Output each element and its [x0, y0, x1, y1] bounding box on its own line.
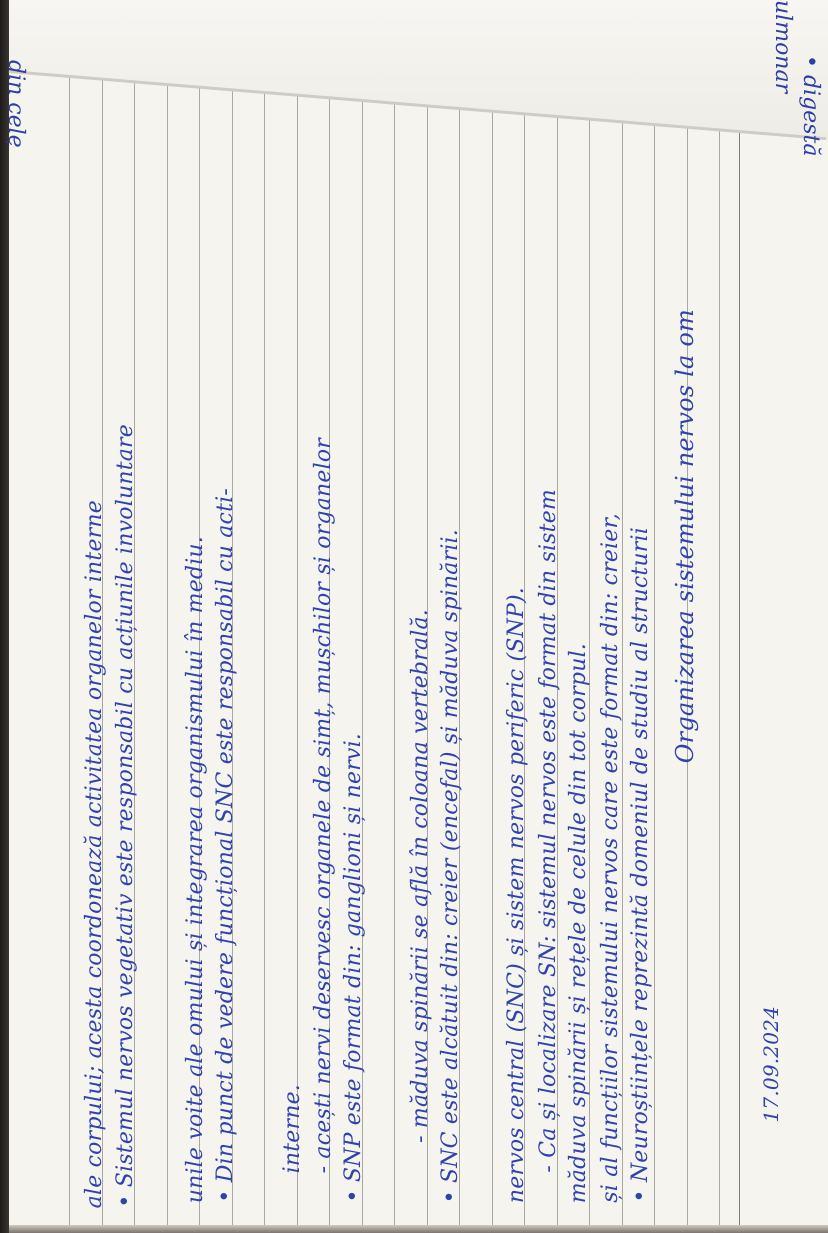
- ruled-line: [264, 60, 265, 1233]
- fragment-text: .: [2, 140, 18, 144]
- note-line: unile voite ale omului și integrarea org…: [185, 536, 207, 1203]
- note-line: • SNP este format din: ganglioni și nerv…: [343, 733, 365, 1203]
- notebook-binding: [0, 0, 9, 1233]
- note-line: • Neuroștiințele reprezintă domeniul de …: [630, 527, 652, 1203]
- note-line: • Sistemul nervos vegetativ este respons…: [115, 424, 137, 1208]
- fragment-text: ulmonar: [770, 0, 795, 93]
- page-title: Organizarea sistemului nervos la om: [673, 309, 697, 763]
- margin-line: [739, 130, 740, 1233]
- note-line: interne.: [282, 1084, 304, 1173]
- ruled-line: [654, 60, 655, 1233]
- date-text: 17.09.2024: [761, 1006, 781, 1123]
- note-line: - Ca și localizare SN: sistemul nervos e…: [538, 489, 560, 1173]
- note-line: ale corpului; acesta coordonează activit…: [84, 500, 106, 1208]
- note-line: • SNC este alcătuit din: creier (encefal…: [440, 529, 462, 1203]
- ruled-line: [719, 60, 720, 1233]
- page-edge: [9, 1225, 828, 1233]
- note-line: - acești nervi deservesc organele de sim…: [313, 438, 335, 1173]
- note-line: - măduva spinării se află în coloana ver…: [410, 609, 432, 1143]
- ruled-line: [167, 60, 168, 1233]
- notebook-page: 17.09.2024 Organizarea sistemului nervos…: [9, 0, 828, 1233]
- ruled-line: [297, 60, 298, 1233]
- note-line: nervos central (SNC) și sistem nervos pe…: [506, 587, 528, 1203]
- ruled-line: [394, 60, 395, 1233]
- ruled-line: [69, 60, 70, 1233]
- fragment-text: • digestă: [798, 55, 823, 156]
- fragment-text: din cele: [3, 60, 28, 148]
- note-line: • Din punct de vedere funcțional SNC est…: [215, 488, 237, 1203]
- ruled-line: [492, 60, 493, 1233]
- note-line: și al funcțiilor sistemului nervos care …: [600, 513, 622, 1203]
- note-line: măduva spinării și rețele de celule din …: [568, 643, 590, 1203]
